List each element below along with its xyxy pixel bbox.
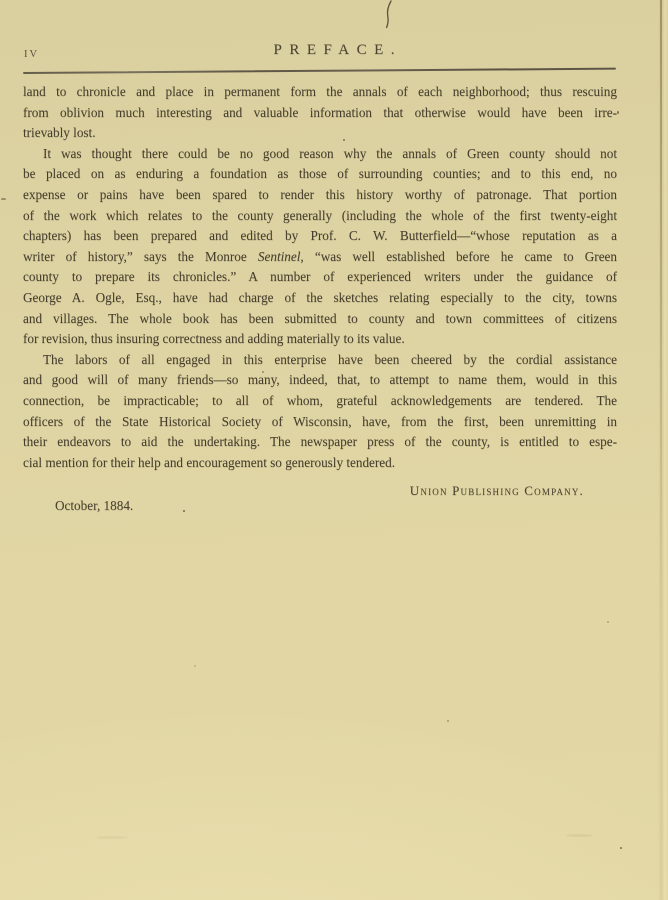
text-line: It was thought there could be no good re… — [23, 144, 617, 165]
scan-speck — [183, 510, 185, 512]
text-line: officers of the State Historical Society… — [23, 412, 617, 433]
scan-speck — [97, 836, 127, 839]
text-segment: Sentinel, — [258, 249, 304, 264]
text-line: be placed on as enduring a foundation as… — [23, 164, 617, 185]
scan-speck — [447, 720, 449, 722]
scan-speck — [607, 621, 609, 623]
paragraph: The labors of all engaged in this enterp… — [23, 350, 617, 474]
text-line: connection, be impracticable; to all of … — [23, 391, 617, 412]
text-line: George A. Ogle, Esq., have had charge of… — [23, 288, 617, 309]
text-line: and good will of many friends—so many, i… — [23, 370, 617, 391]
scan-crease-mark — [380, 0, 396, 30]
scan-speck — [566, 834, 592, 837]
text-line: county to prepare its chronicles.” A num… — [23, 267, 617, 288]
scan-speck — [617, 111, 619, 114]
text-line: The labors of all engaged in this enterp… — [23, 350, 617, 371]
paragraph: land to chronicle and place in permanent… — [23, 82, 617, 144]
header-rule-divider — [23, 68, 616, 74]
text-line: trievably lost. — [23, 123, 617, 144]
scan-speck — [620, 847, 622, 849]
body-text: land to chronicle and place in permanent… — [23, 82, 617, 473]
text-line: of the work which relates to the county … — [23, 206, 617, 227]
text-line: land to chronicle and place in permanent… — [23, 82, 617, 103]
text-line: from oblivion much interesting and valua… — [23, 103, 617, 124]
scan-speck — [480, 298, 482, 300]
text-line: cial mention for their help and encourag… — [23, 453, 617, 474]
text-line: for revision, thus insuring correctness … — [23, 329, 617, 350]
page-title: PREFACE. — [0, 42, 668, 59]
scan-speck — [343, 139, 345, 141]
text-line: and villages. The whole book has been su… — [23, 309, 617, 330]
text-line: expense or pains have been spared to ren… — [23, 185, 617, 206]
scan-speck — [262, 371, 264, 373]
page-edge-line — [660, 0, 661, 640]
scan-speck — [1, 198, 6, 200]
scanned-book-page: IV PREFACE. land to chronicle and place … — [0, 0, 668, 900]
text-line: their endeavors to aid the undertaking. … — [23, 432, 617, 453]
text-line: chapters) has been prepared and edited b… — [23, 226, 617, 247]
scan-speck — [194, 665, 196, 667]
text-line: writer of history,” says the Monroe Sent… — [23, 247, 617, 268]
date-line: October, 1884. — [55, 498, 133, 514]
publisher-signature: Union Publishing Company. — [410, 483, 584, 499]
paragraph: It was thought there could be no good re… — [23, 144, 617, 350]
